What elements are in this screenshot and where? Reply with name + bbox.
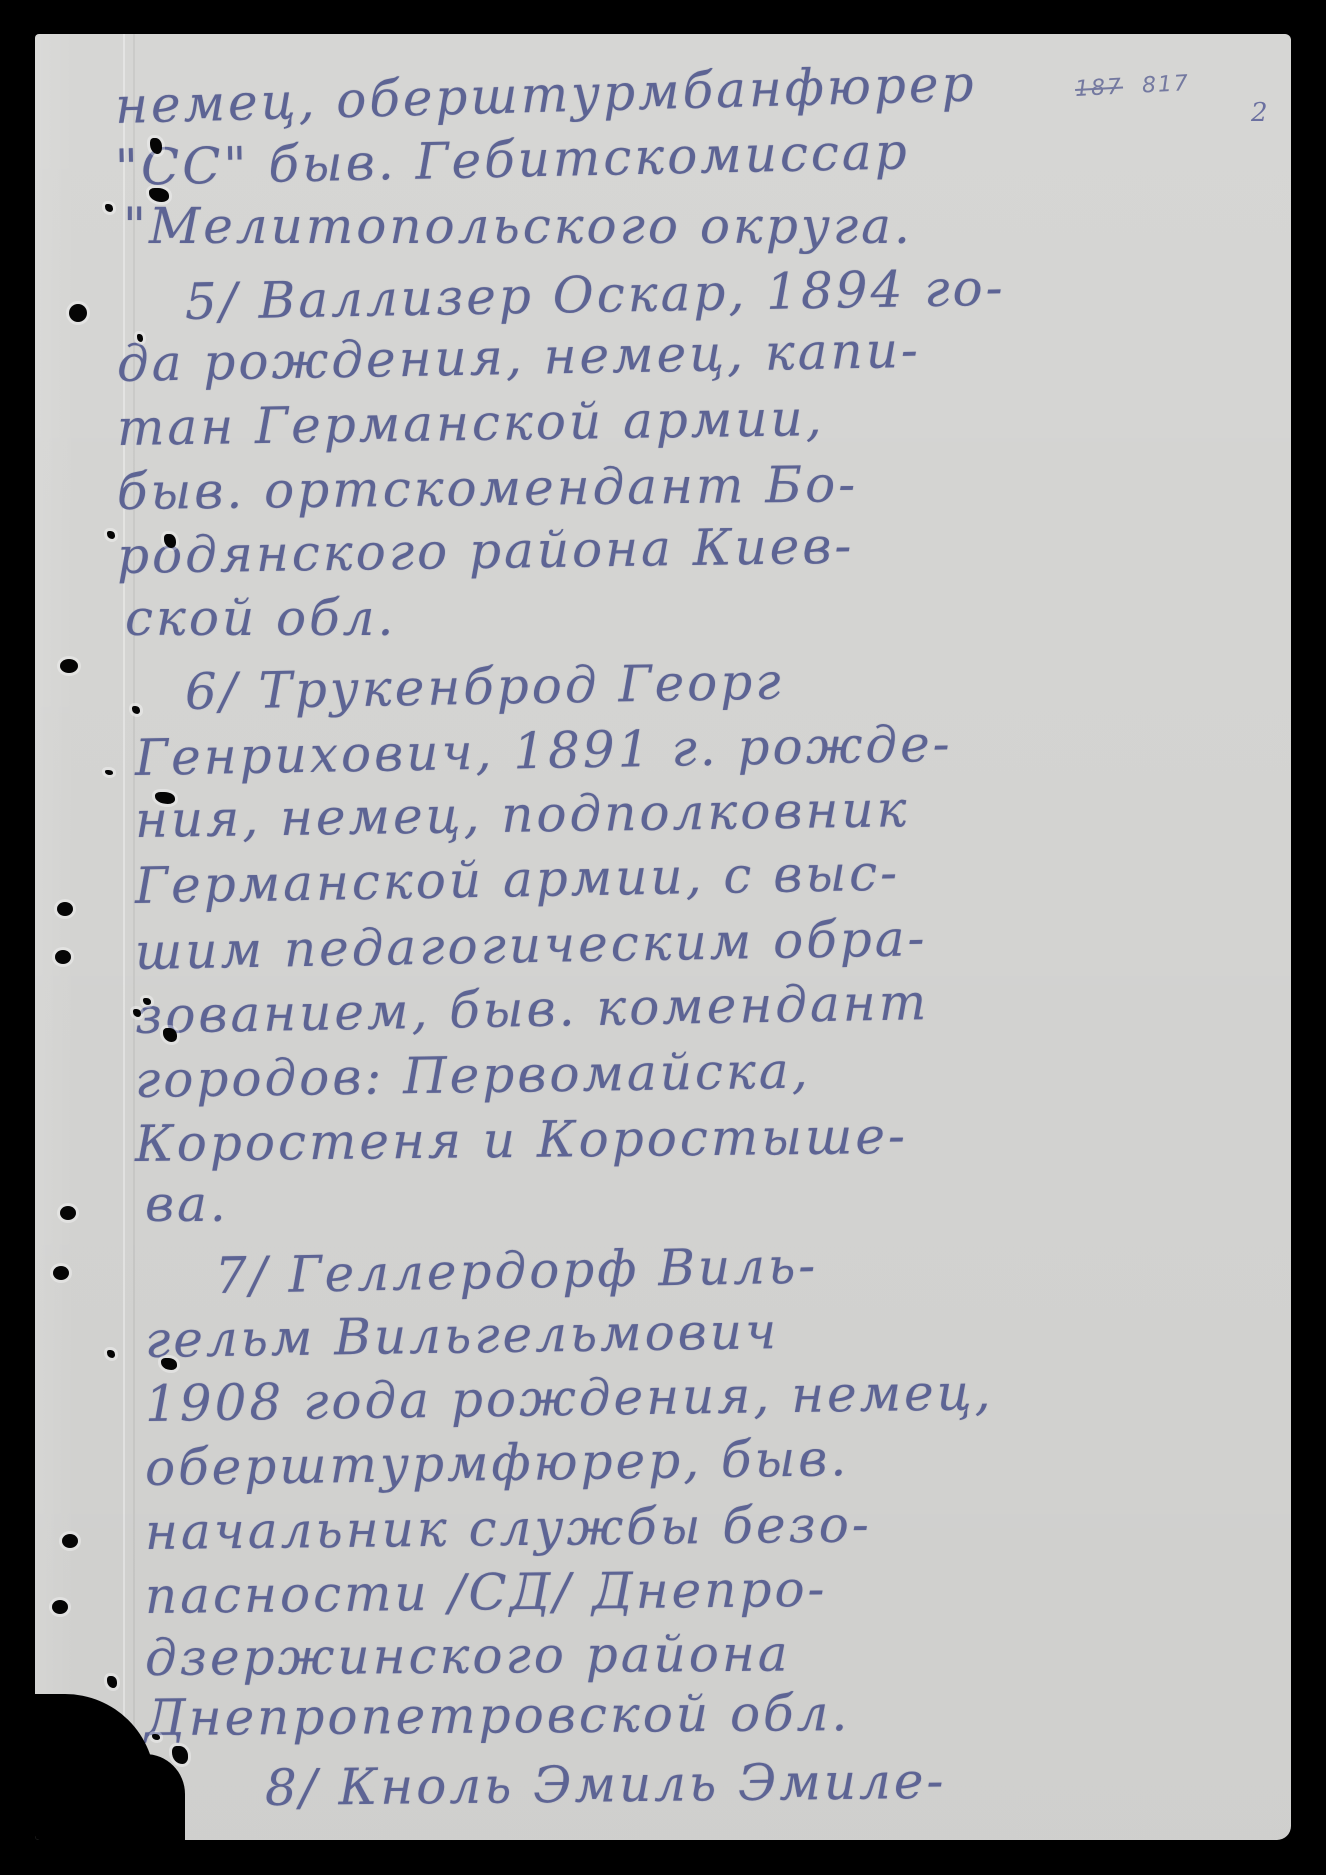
punch-hole: [53, 1266, 69, 1280]
punch-hole: [60, 659, 78, 673]
handwritten-line: "Мелитопольского округа.: [123, 196, 913, 256]
damage-spot: [143, 998, 151, 1005]
damage-spot: [132, 706, 140, 714]
handwritten-line: Коростеня и Коростыше-: [135, 1106, 908, 1174]
punch-hole: [60, 1206, 76, 1220]
handwritten-line: 8/ Кноль Эмиль Эмиле-: [265, 1751, 947, 1818]
damage-spot: [107, 1350, 115, 1358]
paper-crease: [123, 34, 125, 1840]
damage-spot: [150, 138, 162, 154]
handwritten-line: родянского района Киев-: [117, 516, 855, 586]
damage-spot: [152, 1734, 160, 1740]
damage-spot: [105, 204, 113, 212]
handwritten-line: начальник службы безо-: [145, 1494, 872, 1562]
handwritten-line: оберштурмфюрер, быв.: [145, 1428, 850, 1498]
handwritten-line: зованием, быв. комендант: [134, 972, 929, 1046]
handwritten-line: пасности /СД/ Днепро-: [145, 1559, 828, 1626]
handwritten-line: ния, немец, подполковник: [135, 779, 910, 850]
handwritten-line: дзержинского района: [145, 1623, 791, 1688]
handwritten-line: городов: Первомайска,: [135, 1041, 811, 1110]
damage-spot: [107, 1676, 117, 1688]
damage-spot: [137, 334, 143, 342]
handwritten-line: да рождения, немец, капи-: [116, 320, 921, 394]
damage-spot: [133, 1009, 141, 1017]
punch-hole: [57, 902, 73, 916]
damage-spot: [105, 770, 113, 775]
punch-hole: [55, 950, 71, 964]
damage-spot: [172, 1746, 188, 1764]
punch-hole: [69, 304, 87, 322]
handwritten-line: быв. ортскомендант Бо-: [117, 454, 859, 522]
handwritten-line: Германской армии, с выс-: [134, 843, 900, 916]
page-number: 2: [1251, 98, 1268, 128]
damage-spot: [107, 531, 115, 539]
current-folio-number: 817: [1141, 71, 1190, 98]
punch-hole: [62, 1534, 78, 1548]
damage-spot: [164, 534, 176, 548]
handwritten-line: Генрихович, 1891 г. рожде-: [134, 714, 953, 788]
handwritten-line: ва.: [145, 1174, 229, 1234]
handwritten-line: 6/ Трукенброд Георг: [184, 652, 784, 722]
handwritten-line: 1908 года рождения, немец,: [145, 1362, 994, 1434]
handwritten-line: гельм Вильгельмович: [145, 1301, 780, 1370]
crossed-out-folio-number: 187: [1074, 75, 1123, 102]
handwritten-line: Днепропетровской обл.: [145, 1683, 851, 1748]
punch-hole: [52, 1600, 68, 1614]
handwritten-line: 7/ Геллердорф Виль-: [214, 1235, 818, 1306]
handwritten-line: тан Германской армии,: [117, 388, 825, 458]
archive-folio-number: 187 817: [1074, 71, 1190, 102]
handwritten-line: шим педагогическим обра-: [134, 908, 927, 982]
handwritten-line: ской обл.: [125, 588, 396, 648]
torn-corner: [95, 1754, 185, 1840]
document-page: 187 817 2 немец, оберштурмбанфюрер "СС" …: [35, 34, 1291, 1840]
